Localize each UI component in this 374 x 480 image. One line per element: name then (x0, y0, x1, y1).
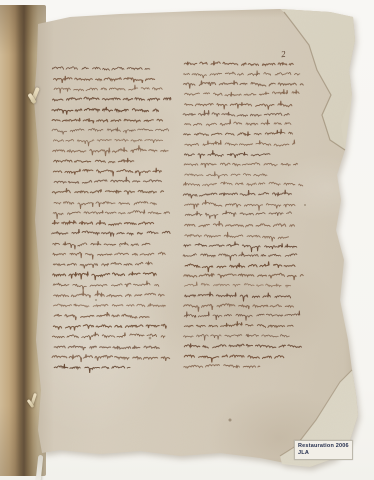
paper-grain-texture (28, 8, 360, 470)
restoration-label-line1: Restauration 2006 (298, 443, 349, 450)
restoration-label-line2: JLA (298, 450, 349, 457)
restoration-label: Restauration 2006 JLA (294, 440, 353, 460)
manuscript-scan: 2 Restauration 2006 JLA (0, 0, 374, 480)
binding-stitch-bottom (24, 390, 44, 418)
folio-number: 2 (280, 49, 286, 60)
binding-stitch-top (26, 84, 46, 112)
parchment-leaf (28, 8, 360, 470)
